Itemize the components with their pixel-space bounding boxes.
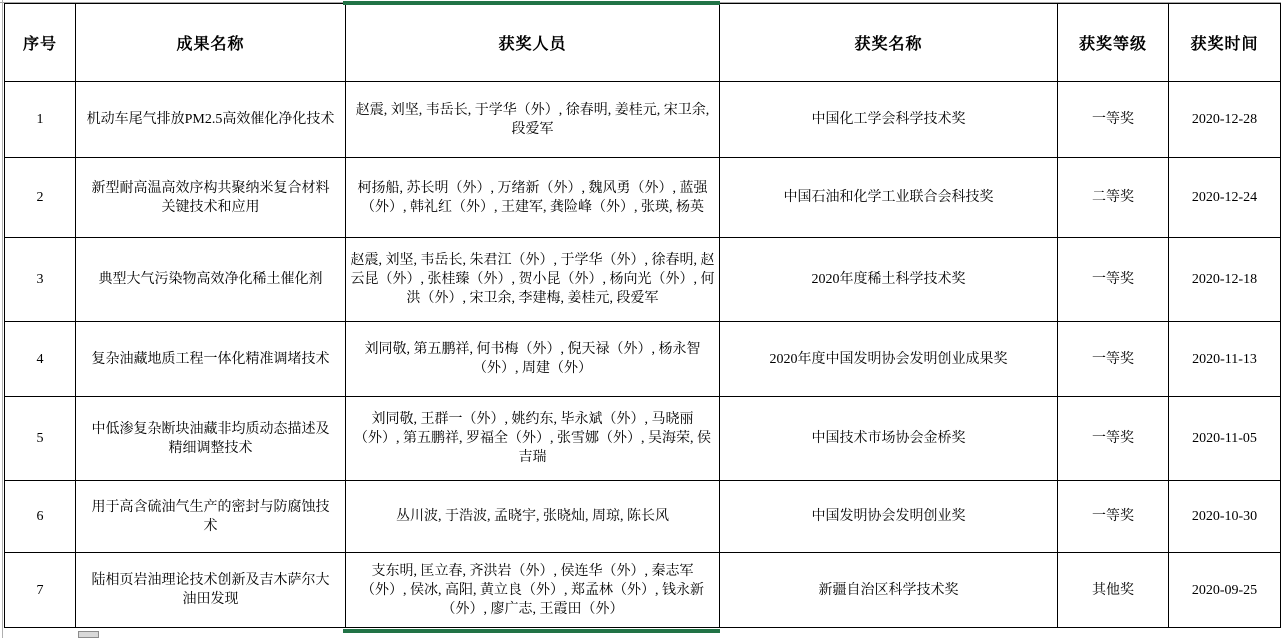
cell-award[interactable]: 中国石油和化学工业联合会科技奖 (720, 158, 1058, 238)
cell-date[interactable]: 2020-12-28 (1169, 82, 1281, 158)
table-row: 2 新型耐高温高效序构共聚纳米复合材料关键技术和应用 柯扬船, 苏长明（外）, … (5, 158, 1281, 238)
cell-award[interactable]: 2020年度中国发明协会发明创业成果奖 (720, 322, 1058, 397)
cell-achievement[interactable]: 机动车尾气排放PM2.5高效催化净化技术 (76, 82, 346, 158)
cell-date[interactable]: 2020-12-24 (1169, 158, 1281, 238)
cell-people[interactable]: 刘同敬, 王群一（外）, 姚约东, 毕永斌（外）, 马晓丽（外）, 第五鹏祥, … (346, 397, 720, 481)
cell-achievement[interactable]: 用于高含硫油气生产的密封与防腐蚀技术 (76, 481, 346, 553)
cell-serial[interactable]: 2 (5, 158, 76, 238)
cell-award[interactable]: 中国化工学会科学技术奖 (720, 82, 1058, 158)
cell-date[interactable]: 2020-12-18 (1169, 238, 1281, 322)
cell-achievement[interactable]: 复杂油藏地质工程一体化精准调堵技术 (76, 322, 346, 397)
cell-grade[interactable]: 二等奖 (1058, 158, 1169, 238)
cell-serial[interactable]: 6 (5, 481, 76, 553)
table-row: 4 复杂油藏地质工程一体化精准调堵技术 刘同敬, 第五鹏祥, 何书梅（外）, 倪… (5, 322, 1281, 397)
cell-people[interactable]: 柯扬船, 苏长明（外）, 万绪新（外）, 魏风勇（外）, 蓝强（外）, 韩礼红（… (346, 158, 720, 238)
cell-serial[interactable]: 7 (5, 553, 76, 628)
cell-serial[interactable]: 3 (5, 238, 76, 322)
cell-date[interactable]: 2020-10-30 (1169, 481, 1281, 553)
header-people[interactable]: 获奖人员 (346, 4, 720, 82)
cell-people[interactable]: 刘同敬, 第五鹏祥, 何书梅（外）, 倪天禄（外）, 杨永智（外）, 周建（外） (346, 322, 720, 397)
next-row-cell-stub (78, 631, 99, 638)
cell-serial[interactable]: 4 (5, 322, 76, 397)
cell-people[interactable]: 丛川波, 于浩波, 孟晓宇, 张晓灿, 周琼, 陈长风 (346, 481, 720, 553)
selection-border-bottom (343, 629, 720, 633)
cell-grade[interactable]: 一等奖 (1058, 82, 1169, 158)
table-row: 7 陆相页岩油理论技术创新及吉木萨尔大油田发现 支东明, 匡立春, 齐洪岩（外）… (5, 553, 1281, 628)
cell-date[interactable]: 2020-11-05 (1169, 397, 1281, 481)
cell-grade[interactable]: 一等奖 (1058, 481, 1169, 553)
selection-border-top (343, 1, 720, 5)
table-row: 1 机动车尾气排放PM2.5高效催化净化技术 赵震, 刘坚, 韦岳长, 于学华（… (5, 82, 1281, 158)
cell-people[interactable]: 赵震, 刘坚, 韦岳长, 朱君江（外）, 于学华（外）, 徐春明, 赵云昆（外）… (346, 238, 720, 322)
table-row: 3 典型大气污染物高效净化稀土催化剂 赵震, 刘坚, 韦岳长, 朱君江（外）, … (5, 238, 1281, 322)
cell-people[interactable]: 赵震, 刘坚, 韦岳长, 于学华（外）, 徐春明, 姜桂元, 宋卫余, 段爱军 (346, 82, 720, 158)
cell-grade[interactable]: 一等奖 (1058, 397, 1169, 481)
cell-people[interactable]: 支东明, 匡立春, 齐洪岩（外）, 侯连华（外）, 秦志军（外）, 侯冰, 高阳… (346, 553, 720, 628)
cell-achievement[interactable]: 典型大气污染物高效净化稀土催化剂 (76, 238, 346, 322)
grid-frame-line (2, 0, 3, 638)
cell-achievement[interactable]: 新型耐高温高效序构共聚纳米复合材料关键技术和应用 (76, 158, 346, 238)
spreadsheet-view: 序号 成果名称 获奖人员 获奖名称 获奖等级 获奖时间 1 机动车尾气排放PM2… (0, 0, 1281, 638)
table-row: 6 用于高含硫油气生产的密封与防腐蚀技术 丛川波, 于浩波, 孟晓宇, 张晓灿,… (5, 481, 1281, 553)
cell-award[interactable]: 2020年度稀土科学技术奖 (720, 238, 1058, 322)
cell-award[interactable]: 新疆自治区科学技术奖 (720, 553, 1058, 628)
table-row: 5 中低渗复杂断块油藏非均质动态描述及精细调整技术 刘同敬, 王群一（外）, 姚… (5, 397, 1281, 481)
cell-grade[interactable]: 其他奖 (1058, 553, 1169, 628)
cell-award[interactable]: 中国技术市场协会金桥奖 (720, 397, 1058, 481)
header-grade[interactable]: 获奖等级 (1058, 4, 1169, 82)
awards-table: 序号 成果名称 获奖人员 获奖名称 获奖等级 获奖时间 1 机动车尾气排放PM2… (4, 3, 1281, 628)
cell-serial[interactable]: 1 (5, 82, 76, 158)
cell-achievement[interactable]: 中低渗复杂断块油藏非均质动态描述及精细调整技术 (76, 397, 346, 481)
cell-grade[interactable]: 一等奖 (1058, 238, 1169, 322)
header-achievement[interactable]: 成果名称 (76, 4, 346, 82)
header-date[interactable]: 获奖时间 (1169, 4, 1281, 82)
cell-achievement[interactable]: 陆相页岩油理论技术创新及吉木萨尔大油田发现 (76, 553, 346, 628)
header-award[interactable]: 获奖名称 (720, 4, 1058, 82)
cell-grade[interactable]: 一等奖 (1058, 322, 1169, 397)
cell-date[interactable]: 2020-09-25 (1169, 553, 1281, 628)
cell-date[interactable]: 2020-11-13 (1169, 322, 1281, 397)
cell-award[interactable]: 中国发明协会发明创业奖 (720, 481, 1058, 553)
header-row: 序号 成果名称 获奖人员 获奖名称 获奖等级 获奖时间 (5, 4, 1281, 82)
cell-serial[interactable]: 5 (5, 397, 76, 481)
header-serial[interactable]: 序号 (5, 4, 76, 82)
